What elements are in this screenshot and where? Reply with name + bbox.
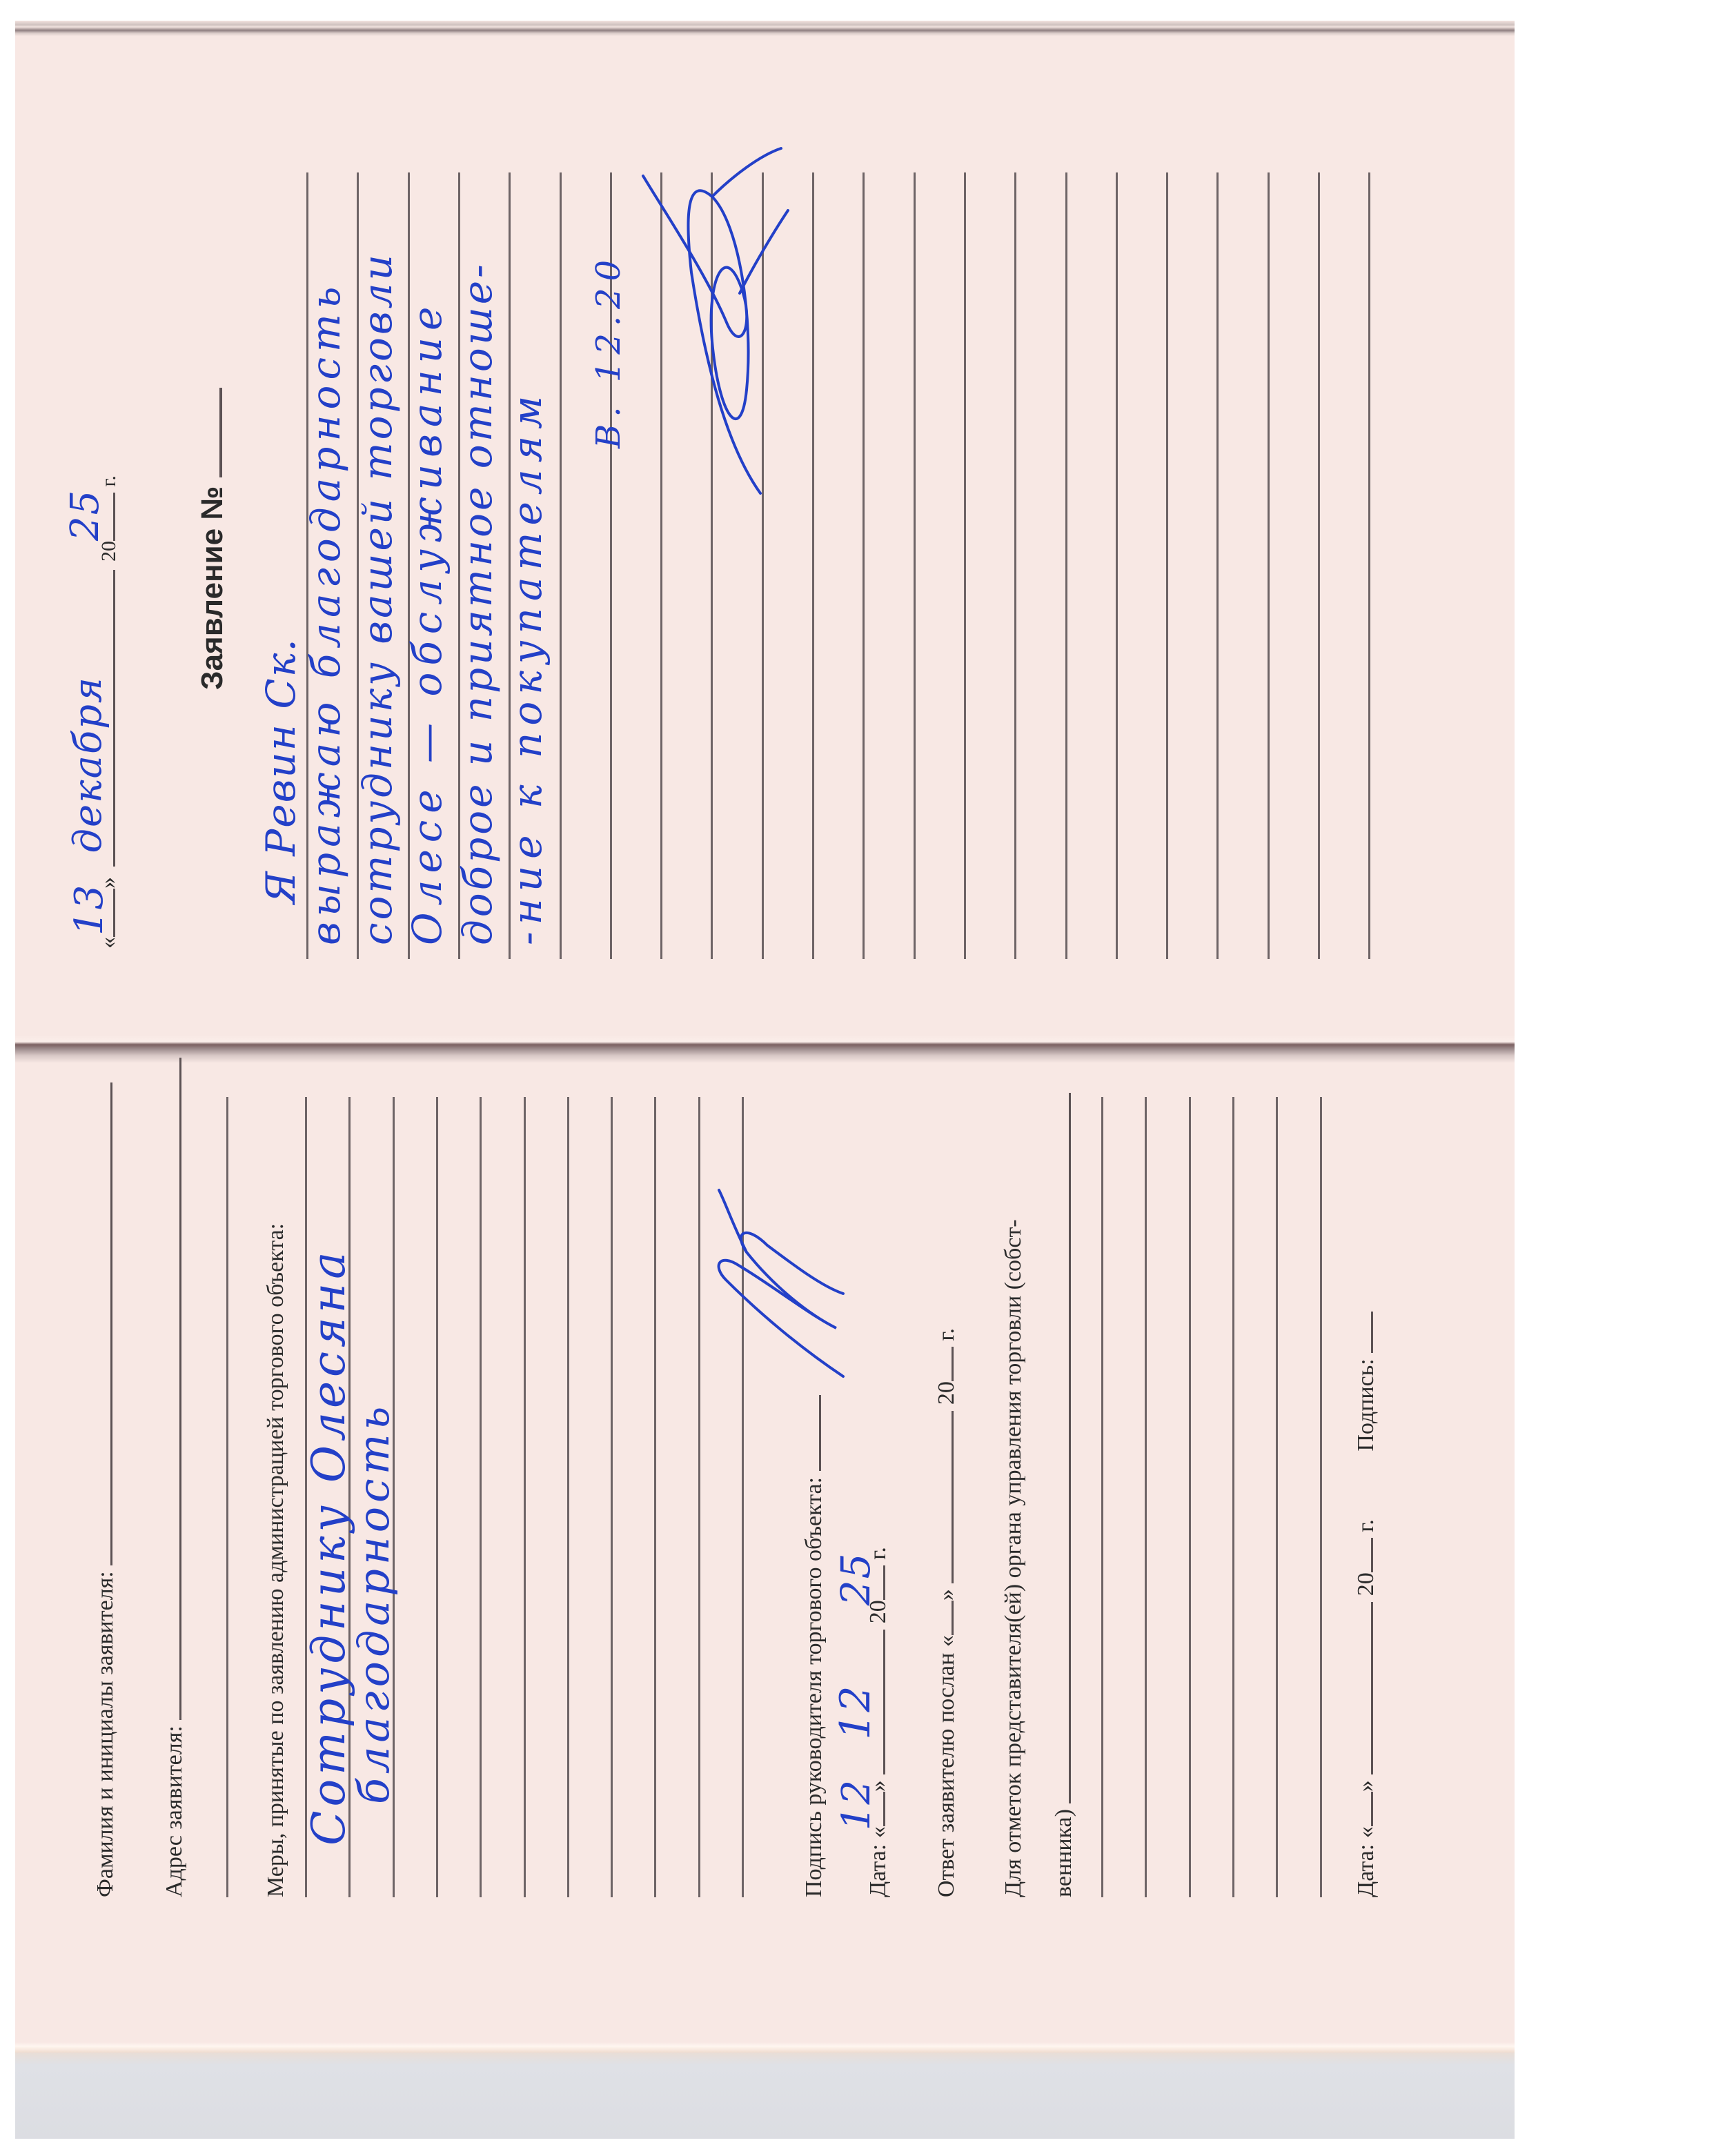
manager-day-field[interactable]: 12: [862, 1792, 885, 1826]
applicant-address-row: Адрес заявителя:: [159, 1058, 188, 1897]
writing-line[interactable]: [436, 1097, 438, 1897]
response-page: Фамилия и инициалы заявителя: Адрес заяв…: [15, 1042, 1515, 2053]
applicant-name-field[interactable]: [90, 1082, 112, 1565]
authority-notes-row: венника): [1048, 1093, 1078, 1897]
reply-month-field[interactable]: [931, 1411, 954, 1583]
writing-line[interactable]: [1116, 172, 1118, 959]
century: 20: [97, 541, 120, 562]
year-field[interactable]: 25: [92, 493, 115, 541]
writing-line[interactable]: [524, 1097, 526, 1897]
statement-number-field[interactable]: [196, 388, 222, 477]
final-month-field[interactable]: [1350, 1602, 1373, 1774]
writing-line[interactable]: [812, 172, 814, 959]
reply-year-field[interactable]: [931, 1347, 954, 1381]
writing-line[interactable]: [1276, 1097, 1278, 1897]
authority-notes-field[interactable]: [1048, 1093, 1071, 1803]
writing-line[interactable]: [567, 1097, 569, 1897]
statement-line-5: доброе и приятное отноше-: [457, 261, 498, 945]
manager-signature-label: Подпись руководителя торгового объекта:: [801, 1477, 827, 1897]
manager-year-field[interactable]: 25: [862, 1565, 885, 1600]
month-field[interactable]: декабря: [92, 571, 115, 867]
applicant-name-label: Фамилия и инициалы заявителя:: [92, 1571, 118, 1897]
final-date-row: Дата: «» 20 г. Подпись:: [1350, 1312, 1380, 1897]
statement-page: «13» декабря 2025 г. Заявление № Я Ревин…: [15, 21, 1515, 1038]
writing-line[interactable]: [1368, 172, 1370, 959]
statement-line-3: сотруднику вашей торговли: [357, 252, 398, 945]
scanner-bed-strip: [15, 2053, 1515, 2139]
year-mark: г.: [934, 1328, 959, 1341]
manager-month-field[interactable]: 12: [862, 1630, 885, 1774]
statement-title: Заявление №: [196, 388, 226, 690]
writing-line[interactable]: [654, 1097, 656, 1897]
writing-line[interactable]: [914, 172, 916, 959]
writing-line[interactable]: [1166, 172, 1168, 959]
statement-date-line: «13» декабря 2025 г.: [92, 475, 123, 949]
manager-signature-row: Подпись руководителя торгового объекта:: [798, 1395, 828, 1897]
writing-line[interactable]: [1189, 1097, 1191, 1897]
authority-notes-label: Для отметок представителя(ей) органа упр…: [1000, 1219, 1027, 1897]
writing-line[interactable]: [1216, 172, 1219, 959]
statement-line-2: выражаю благодарность: [305, 281, 346, 946]
writing-line[interactable]: [1014, 172, 1016, 959]
manager-signature-field[interactable]: [798, 1395, 821, 1471]
reply-day-field[interactable]: [931, 1601, 954, 1635]
open-quote: «: [95, 937, 121, 949]
year-mark: г.: [1353, 1519, 1379, 1532]
close-quote: »: [934, 1589, 959, 1601]
writing-line[interactable]: [480, 1097, 482, 1897]
writing-line[interactable]: [964, 172, 966, 959]
century: 20: [1353, 1572, 1379, 1596]
measures-line-2: благодарность: [353, 1403, 395, 1804]
open-quote: «: [1353, 1826, 1379, 1838]
writing-line[interactable]: [1232, 1097, 1234, 1897]
century: 20: [934, 1381, 959, 1405]
final-signature-label: Подпись:: [1353, 1358, 1379, 1451]
year-mark: г.: [97, 475, 120, 486]
reply-sent-label: Ответ заявителю послан: [934, 1653, 959, 1897]
writing-line[interactable]: [611, 1097, 613, 1897]
writing-line[interactable]: [862, 172, 865, 959]
close-quote: »: [1353, 1780, 1379, 1792]
statement-line-6: -ние к покупателям: [506, 389, 548, 945]
final-signature-field[interactable]: [1350, 1312, 1373, 1353]
statement-line-1: Я Ревин Ск.: [260, 637, 302, 904]
final-date-label: Дата:: [1353, 1844, 1379, 1897]
reply-sent-row: Ответ заявителю послан «» 20 г.: [931, 1328, 960, 1897]
writing-line[interactable]: [1101, 1097, 1103, 1897]
measures-label: Меры, принятые по заявлению администраци…: [262, 1223, 290, 1897]
writing-line[interactable]: [1065, 172, 1067, 959]
manager-signature: [705, 1183, 857, 1390]
manager-date-row: Дата: «12» 12 2025 г.: [862, 1547, 892, 1897]
writing-line[interactable]: [1268, 172, 1270, 959]
final-year-field[interactable]: [1350, 1538, 1373, 1572]
manager-date-label: Дата:: [865, 1844, 891, 1897]
day-field[interactable]: 13: [92, 889, 115, 937]
address-line-2: [226, 1097, 228, 1897]
final-day-field[interactable]: [1350, 1792, 1373, 1826]
writing-line[interactable]: [1145, 1097, 1147, 1897]
applicant-address-label: Адрес заявителя:: [161, 1725, 187, 1897]
writing-line[interactable]: [560, 172, 562, 959]
statement-line-4: Олесе — обслуживание: [406, 300, 448, 945]
writing-line[interactable]: [1320, 1097, 1322, 1897]
applicant-address-field[interactable]: [159, 1058, 181, 1720]
writing-line[interactable]: [1318, 172, 1320, 959]
title-text: Заявление №: [195, 486, 229, 690]
authority-notes-label-cont: венника): [1051, 1809, 1076, 1897]
open-quote: «: [934, 1635, 959, 1647]
applicant-signature: [622, 141, 802, 500]
writing-line[interactable]: [698, 1097, 700, 1897]
measures-line-1: Сотруднику Олесяна: [308, 1247, 350, 1846]
applicant-name-row: Фамилия и инициалы заявителя:: [90, 1082, 119, 1897]
